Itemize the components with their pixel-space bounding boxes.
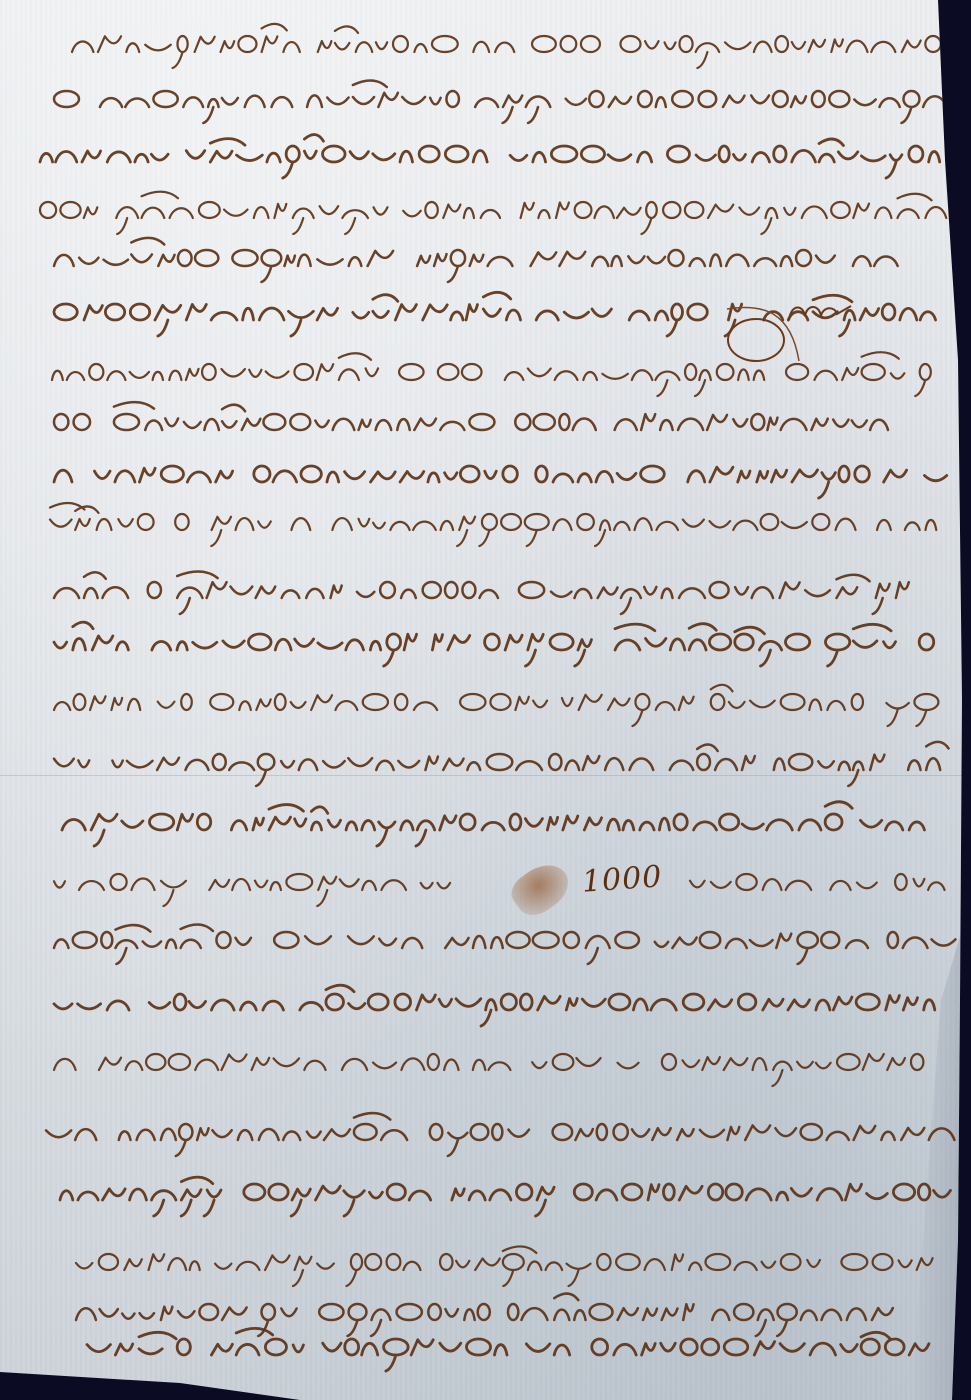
handwriting-line-13: [illegible handwriting] <box>52 680 938 726</box>
line-text: [illegible handwriting] <box>945 918 946 919</box>
line-text: [illegible handwriting] <box>938 188 939 189</box>
circled-word-mark <box>727 318 785 362</box>
handwriting-line-16: [illegible handwriting] 1000 [illegible … <box>52 860 948 906</box>
handwriting-line-15: [illegible handwriting] <box>60 800 952 846</box>
handwriting-line-5: [illegible handwriting] <box>52 236 910 282</box>
handwriting-line-11: [illegible handwriting] <box>52 568 918 614</box>
line-text: [illegible handwriting] <box>955 132 956 133</box>
line-text: [illegible handwriting] <box>948 500 949 501</box>
line-text: [illegible handwriting] <box>900 400 901 401</box>
handwriting-line-20: [illegible handwriting] <box>44 1110 955 1156</box>
line-text: [illegible handwriting] <box>945 290 946 291</box>
line-text: [illegible handwriting] <box>945 740 946 741</box>
handwriting-line-24: [illegible handwriting] <box>85 1325 940 1371</box>
line-text: [illegible handwriting] <box>910 236 911 237</box>
handwriting-line-22: [illegible handwriting] <box>74 1240 940 1286</box>
line-text: [illegible handwriting] <box>948 452 949 453</box>
handwriting-line-1: [illegible handwriting] <box>70 22 938 68</box>
handwriting-line-8: [illegible handwriting] <box>52 400 900 446</box>
line-text: [illegible handwriting] <box>952 800 953 801</box>
paper-sheet: [illegible handwriting][illegible handwr… <box>0 0 971 1400</box>
transcription-note: Handwritten historical Tamil cursive; in… <box>0 0 1 1</box>
handwriting-line-10: [illegible handwriting] <box>48 500 948 546</box>
line-text: [illegible handwriting] <box>918 1290 919 1291</box>
handwriting-line-19: [illegible handwriting] <box>52 1040 940 1086</box>
handwriting-line-21: [illegible handwriting] <box>58 1170 950 1216</box>
line-text: [illegible handwriting] <box>938 680 939 681</box>
line-text: [illegible handwriting] 1000 [illegible … <box>948 860 949 861</box>
handwriting-line-4: [illegible handwriting] <box>38 188 938 234</box>
handwriting-line-3: [illegible handwriting] <box>38 132 955 178</box>
handwriting-line-12: [illegible handwriting] <box>52 620 935 666</box>
line-text: [illegible handwriting] <box>940 980 941 981</box>
line-text: [illegible handwriting] <box>945 350 946 351</box>
line-text: [illegible handwriting] <box>938 22 939 23</box>
line-text: [illegible handwriting] <box>918 568 919 569</box>
line-text: [illegible handwriting] <box>950 77 951 78</box>
handwriting-line-7: [illegible handwriting] <box>50 350 945 396</box>
handwriting-line-18: [illegible handwriting] <box>52 980 940 1026</box>
line-text: [illegible handwriting] <box>935 620 936 621</box>
manuscript-photo: [illegible handwriting][illegible handwr… <box>0 0 971 1400</box>
handwriting-line-17: [illegible handwriting] <box>52 918 945 964</box>
handwriting-line-2: [illegible handwriting] <box>52 77 950 123</box>
handwriting-line-14: [illegible handwriting] <box>52 740 945 786</box>
numeral-1000: 1000 <box>581 859 664 900</box>
handwriting-line-9: [illegible handwriting] <box>52 452 948 498</box>
